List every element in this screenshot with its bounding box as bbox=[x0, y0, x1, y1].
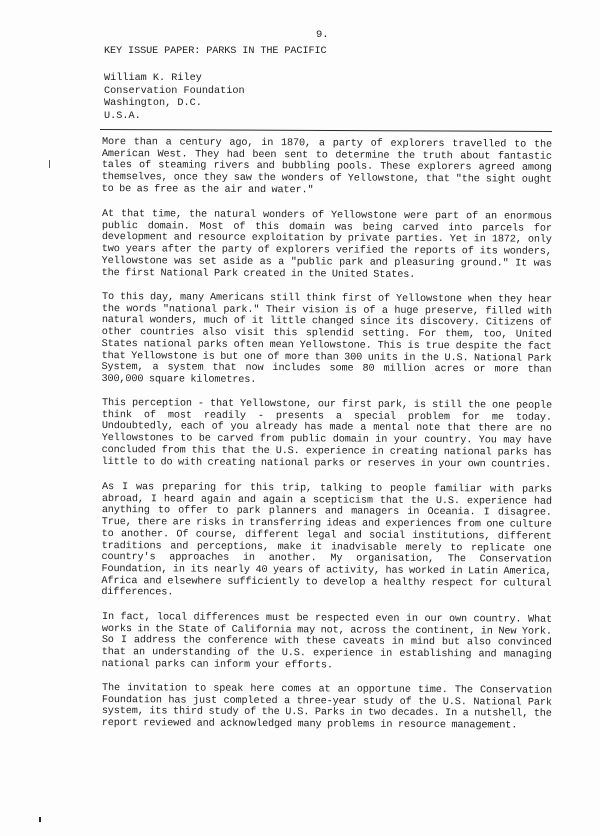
paragraph: The invitation to speak here comes at an… bbox=[102, 683, 552, 733]
paragraph: At that time, the natural wonders of Yel… bbox=[102, 209, 552, 282]
scan-speck bbox=[49, 160, 50, 168]
paper-title: KEY ISSUE PAPER: PARKS IN THE PACIFIC bbox=[104, 46, 327, 57]
paragraph: This perception - that Yellowstone, our … bbox=[102, 398, 552, 471]
scan-speck bbox=[39, 817, 41, 822]
author-city: Washington, D.C. bbox=[104, 98, 245, 111]
paragraph: More than a century ago, in 1870, a part… bbox=[102, 137, 552, 198]
page-number: 9. bbox=[316, 29, 329, 41]
author-country: U.S.A. bbox=[104, 111, 245, 124]
author-block: William K. Riley Conservation Foundation… bbox=[104, 73, 245, 123]
paragraph: In fact, local differences must be respe… bbox=[102, 612, 552, 673]
paragraph: As I was preparing for this trip, talkin… bbox=[101, 482, 552, 602]
header-divider bbox=[100, 129, 552, 132]
document-page: 9. KEY ISSUE PAPER: PARKS IN THE PACIFIC… bbox=[0, 0, 600, 836]
body-text: More than a century ago, in 1870, a part… bbox=[102, 137, 552, 743]
author-name: William K. Riley bbox=[104, 73, 245, 86]
author-organization: Conservation Foundation bbox=[104, 86, 245, 99]
paragraph: To this day, many Americans still think … bbox=[101, 292, 552, 388]
